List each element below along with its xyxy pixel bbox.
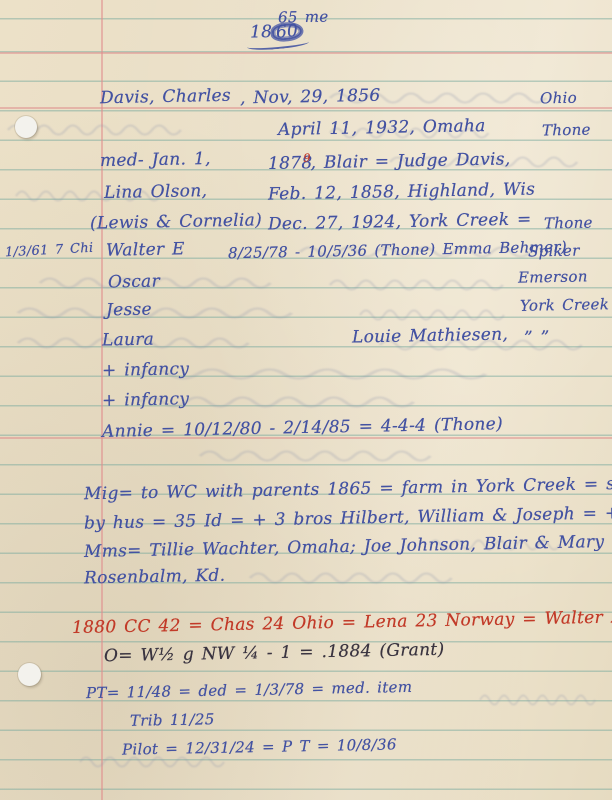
top-year-prefix: 18 xyxy=(250,22,273,42)
child-name: + infancy xyxy=(102,389,190,411)
birth-source: Ohio xyxy=(540,89,577,108)
marriage-label: med- Jan. 1, xyxy=(100,149,211,171)
birth-date: , Nov, 29, 1856 xyxy=(240,86,381,109)
child-spouse-surname: Emerson xyxy=(518,267,588,286)
child-name: + infancy xyxy=(102,359,190,381)
child-note: Louie Mathiesen, xyxy=(352,325,508,348)
source-ref: Trib 11/25 xyxy=(130,710,215,730)
child-spouse-surname: Spiker xyxy=(528,242,580,261)
marriage-place: , Blair = Judge Davis, xyxy=(310,149,510,173)
bio-line: Rosenbalm, Kd. xyxy=(84,566,226,589)
scanned-note-page: 65 me 1860 Davis, Charles , Nov, 29, 185… xyxy=(0,0,612,800)
child-name: Walter E xyxy=(106,239,185,261)
subject-name: Davis, Charles xyxy=(100,86,231,109)
child-name: Oscar xyxy=(108,272,160,293)
spouse-parents: (Lewis & Cornelia) xyxy=(90,210,262,233)
death-source: Thone xyxy=(542,121,591,140)
child-spouse-surname: York Creek xyxy=(520,295,609,315)
hole-punch-top xyxy=(15,116,37,138)
spouse-name: Lina Olson, xyxy=(104,181,208,203)
child-name: Laura xyxy=(102,330,155,351)
spouse-death-source: Thone xyxy=(544,214,593,233)
hole-punch-bottom xyxy=(18,663,41,686)
death-date: April 11, 1932, Omaha xyxy=(278,116,486,140)
child-name: Jesse xyxy=(106,300,152,321)
ditto-marks: ” ” xyxy=(524,328,550,348)
